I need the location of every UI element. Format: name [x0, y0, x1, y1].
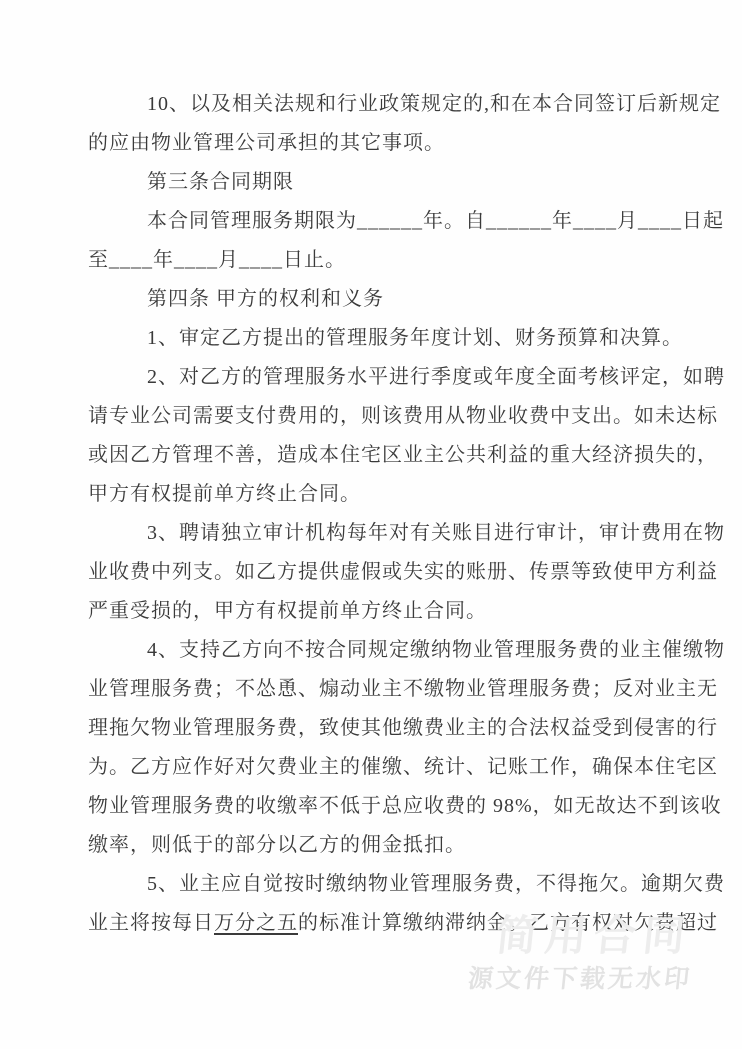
text-run: 业管理服务费；不怂恿、煽动业主不缴物业管理服务费；反对业主无: [88, 678, 718, 700]
text-run: 10、以及相关法规和行业政策规定的,和在本合同签订后新规定: [147, 93, 721, 115]
text-run: 理拖欠物业管理服务费，致使其他缴费业主的合法权益受到侵害的行: [88, 717, 718, 739]
text-run: 第三条合同期限: [147, 171, 294, 193]
contract-text-body: 10、以及相关法规和行业政策规定的,和在本合同签订后新规定的应由物业管理公司承担…: [88, 85, 673, 943]
text-line: 1、审定乙方提出的管理服务年度计划、财务预算和决算。: [88, 319, 673, 358]
underlined-text: 万分之五: [214, 912, 298, 934]
text-run: 4、支持乙方向不按合同规定缴纳物业管理服务费的业主催缴物: [147, 639, 725, 661]
text-run: 请专业公司需要支付费用的，则该费用从物业收费中支出。如未达标: [88, 405, 718, 427]
text-line: 至____年____月____日止。: [88, 241, 673, 280]
text-line: 缴率，则低于的部分以乙方的佣金抵扣。: [88, 826, 673, 865]
text-line: 业收费中列支。如乙方提供虚假或失实的账册、传票等致使甲方利益: [88, 553, 673, 592]
text-run: 第四条 甲方的权利和义务: [147, 288, 384, 310]
text-run: 缴率，则低于的部分以乙方的佣金抵扣。: [88, 834, 466, 856]
text-line: 3、聘请独立审计机构每年对有关账目进行审计，审计费用在物: [88, 514, 673, 553]
text-run: 或因乙方管理不善，造成本住宅区业主公共利益的重大经济损失的，: [88, 444, 718, 466]
text-line: 为。乙方应作好对欠费业主的催缴、统计、记账工作，确保本住宅区: [88, 748, 673, 787]
text-run: 的应由物业管理公司承担的其它事项。: [88, 132, 445, 154]
text-line: 甲方有权提前单方终止合同。: [88, 475, 673, 514]
text-line: 2、对乙方的管理服务水平进行季度或年度全面考核评定，如聘: [88, 358, 673, 397]
document-page: 10、以及相关法规和行业政策规定的,和在本合同签订后新规定的应由物业管理公司承担…: [0, 0, 742, 1049]
text-line: 物业管理服务费的收缴率不低于总应收费的 98%，如无故达不到该收: [88, 787, 673, 826]
watermark-tagline-text: 源文件下载无水印: [467, 966, 694, 994]
text-line: 严重受损的，甲方有权提前单方终止合同。: [88, 592, 673, 631]
text-run: 1、审定乙方提出的管理服务年度计划、财务预算和决算。: [147, 327, 683, 349]
text-line: 本合同管理服务期限为______年。自______年____月____日起: [88, 202, 673, 241]
text-run: 3、聘请独立审计机构每年对有关账目进行审计，审计费用在物: [147, 522, 725, 544]
text-run: 2、对乙方的管理服务水平进行季度或年度全面考核评定，如聘: [147, 366, 725, 388]
text-line: 的应由物业管理公司承担的其它事项。: [88, 124, 673, 163]
text-run: 物业管理服务费的收缴率不低于总应收费的 98%，如无故达不到该收: [88, 795, 722, 817]
text-line: 或因乙方管理不善，造成本住宅区业主公共利益的重大经济损失的，: [88, 436, 673, 475]
text-line: 请专业公司需要支付费用的，则该费用从物业收费中支出。如未达标: [88, 397, 673, 436]
text-run: 5、业主应自觉按时缴纳物业管理服务费，不得拖欠。逾期欠费: [147, 873, 725, 895]
text-line: 理拖欠物业管理服务费，致使其他缴费业主的合法权益受到侵害的行: [88, 709, 673, 748]
text-run: 业收费中列支。如乙方提供虚假或失实的账册、传票等致使甲方利益: [88, 561, 718, 583]
text-line: 4、支持乙方向不按合同规定缴纳物业管理服务费的业主催缴物: [88, 631, 673, 670]
text-run: 至____年____月____日止。: [88, 249, 346, 271]
text-run: 严重受损的，甲方有权提前单方终止合同。: [88, 600, 487, 622]
text-line: 第三条合同期限: [88, 163, 673, 202]
text-line: 业管理服务费；不怂恿、煽动业主不缴物业管理服务费；反对业主无: [88, 670, 673, 709]
text-line: 10、以及相关法规和行业政策规定的,和在本合同签订后新规定: [88, 85, 673, 124]
text-run: 本合同管理服务期限为______年。自______年____月____日起: [147, 210, 724, 232]
text-run: 业主将按每日: [88, 912, 214, 934]
text-line: 第四条 甲方的权利和义务: [88, 280, 673, 319]
text-line: 5、业主应自觉按时缴纳物业管理服务费，不得拖欠。逾期欠费: [88, 865, 673, 904]
text-run: 为。乙方应作好对欠费业主的催缴、统计、记账工作，确保本住宅区: [88, 756, 718, 778]
watermark: 简用合同 源文件下载无水印: [468, 913, 692, 994]
text-run: 甲方有权提前单方终止合同。: [88, 483, 361, 505]
watermark-brand-text: 简用合同: [466, 913, 695, 959]
